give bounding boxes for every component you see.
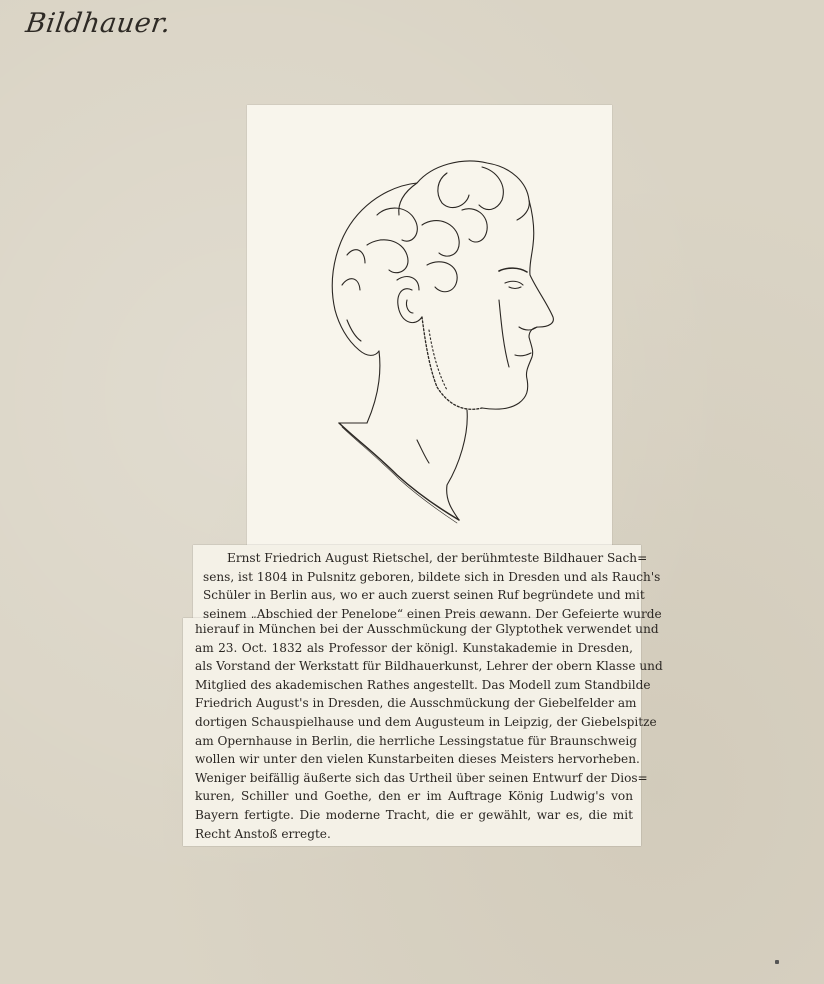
clipping-line: Mitglied des akademischen Rathes angeste… [195,676,633,695]
handwritten-label: Bildhauer. [24,8,173,39]
clipping-line: Bayern fertigte. Die moderne Tracht, die… [195,806,633,825]
clipping-line: als Vorstand der Werkstatt für Bildhauer… [195,657,633,676]
clipping-line: Recht Anstoß erregte. [195,825,633,844]
profile-portrait-drawing [247,105,612,547]
clipping-line: Schüler in Berlin aus, wo er auch zuerst… [203,586,633,605]
clipping-line: am 23. Oct. 1832 als Professor der könig… [195,639,633,658]
clipping-line: sens, ist 1804 in Pulsnitz geboren, bild… [203,568,633,587]
clipping-line: hierauf in München bei der Ausschmückung… [195,620,633,639]
clipping-line: Weniger beifällig äußerte sich das Urthe… [195,769,633,788]
clipping-line: dortigen Schauspielhause und dem Auguste… [195,713,633,732]
clipping-line: wollen wir unter den vielen Kunstarbeite… [195,750,633,769]
clipping-line: am Opernhause in Berlin, die herrliche L… [195,732,633,751]
paper-blemish [775,960,779,964]
newspaper-clipping-1: Ernst Friedrich August Rietschel, der be… [193,545,641,619]
portrait-engraving [247,105,612,547]
clipping-line: kuren, Schiller und Goethe, den er im Au… [195,787,633,806]
clipping-line: Ernst Friedrich August Rietschel, der be… [203,549,633,568]
newspaper-clipping-2: hierauf in München bei der Ausschmückung… [183,618,641,846]
clipping-line: Friedrich August's in Dresden, die Aussc… [195,694,633,713]
